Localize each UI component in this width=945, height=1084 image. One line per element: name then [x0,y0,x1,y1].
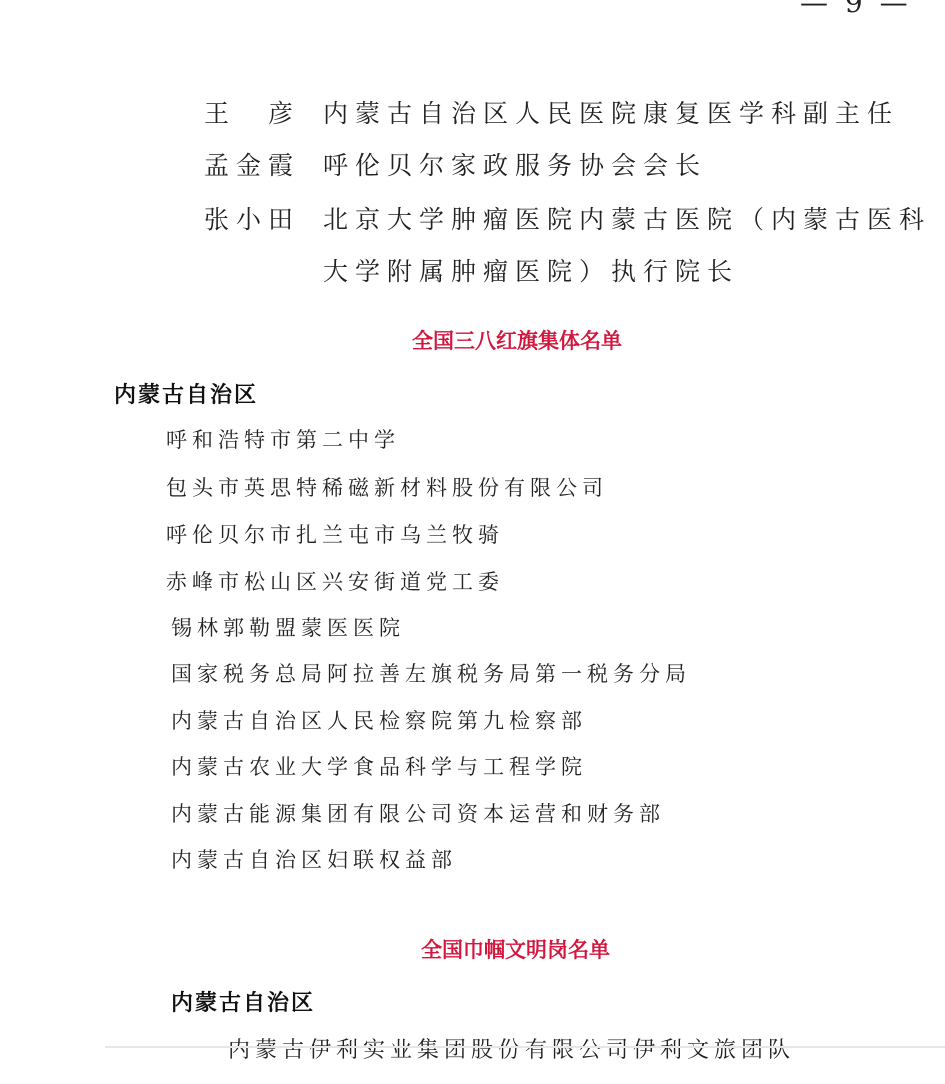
list-item: 内蒙古农业大学食品科学与工程学院 [171,751,587,781]
person-name: 张小田 [204,200,300,236]
person-name: 孟金霞 [204,146,300,182]
person-title: 北京大学肿瘤医院内蒙古医院（内蒙古医科 [323,200,931,236]
list-item: 内蒙古伊利实业集团股份有限公司伊利文旅团队 [228,1033,795,1064]
section-heading: 全国三八红旗集体名单 [412,325,622,355]
list-item: 内蒙古能源集团有限公司资本运营和财务部 [171,798,665,828]
list-item: 呼伦贝尔市扎兰屯市乌兰牧骑 [166,519,504,549]
divider [105,1046,945,1048]
list-item: 呼和浩特市第二中学 [166,424,400,454]
list-item: 国家税务总局阿拉善左旗税务局第一税务分局 [171,658,691,688]
section-heading: 全国巾帼文明岗名单 [421,934,610,964]
person-title: 内蒙古自治区人民医院康复医学科副主任 [323,94,899,130]
region-label: 内蒙古自治区 [171,986,315,1017]
list-item: 内蒙古自治区人民检察院第九检察部 [171,705,587,735]
person-title-continued: 大学附属肿瘤医院）执行院长 [323,252,739,288]
list-item: 赤峰市松山区兴安街道党工委 [166,566,504,596]
list-item: 包头市英思特稀磁新材料股份有限公司 [166,472,608,502]
region-label: 内蒙古自治区 [114,378,258,409]
person-title: 呼伦贝尔家政服务协会会长 [323,146,707,182]
person-name: 王 彦 [204,94,300,130]
list-item: 锡林郭勒盟蒙医医院 [171,612,405,642]
list-item: 内蒙古自治区妇联权益部 [171,844,457,874]
page-number: — 9 — [800,0,912,19]
